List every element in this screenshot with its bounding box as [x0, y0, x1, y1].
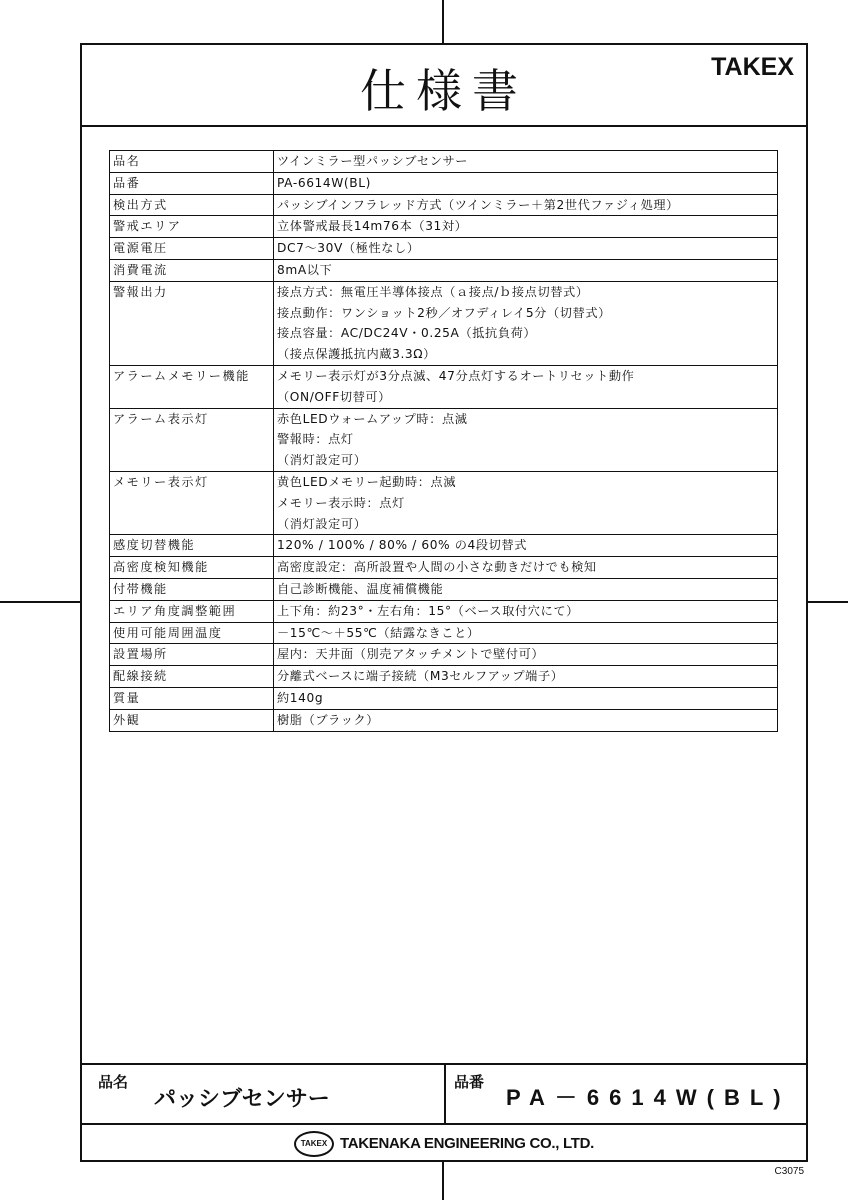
table-row: 使用可能周囲温度－15℃～＋55℃（結露なきこと）: [110, 622, 778, 644]
spec-label: 電源電圧: [110, 238, 274, 260]
spec-value: ツインミラー型パッシブセンサー: [274, 151, 778, 173]
spec-value: メモリー表示灯が3分点滅、47分点灯するオートリセット動作（ON/OFF切替可）: [274, 365, 778, 408]
spec-value: 8mA以下: [274, 259, 778, 281]
table-row: アラーム表示灯赤色LEDウォームアップ時：点滅警報時：点灯（消灯設定可）: [110, 408, 778, 471]
spec-value-line: ツインミラー型パッシブセンサー: [277, 151, 774, 172]
table-row: 付帯機能自己診断機能、温度補償機能: [110, 578, 778, 600]
spec-value-line: 接点方式：無電圧半導体接点（ａ接点/ｂ接点切替式）: [277, 282, 774, 303]
spec-value: 黄色LEDメモリー起動時：点滅メモリー表示時：点灯（消灯設定可）: [274, 471, 778, 534]
spec-value-line: 自己診断機能、温度補償機能: [277, 579, 774, 600]
title-band: 仕様書 TAKEX: [82, 45, 806, 127]
document-frame: 仕様書 TAKEX 品名ツインミラー型パッシブセンサー品番PA-6614W(BL…: [80, 43, 808, 1162]
spec-value: 高密度設定：高所設置や人間の小さな動きだけでも検知: [274, 557, 778, 579]
spec-table: 品名ツインミラー型パッシブセンサー品番PA-6614W(BL)検出方式パッシブイ…: [109, 150, 778, 732]
product-name-label: 品名: [98, 1071, 128, 1092]
spec-value-line: 樹脂（ブラック）: [277, 710, 774, 731]
spec-value-line: メモリー表示灯が3分点滅、47分点灯するオートリセット動作: [277, 366, 774, 387]
spec-label: 感度切替機能: [110, 535, 274, 557]
spec-value: 樹脂（ブラック）: [274, 709, 778, 731]
spec-value-line: （ON/OFF切替可）: [277, 387, 774, 408]
table-row: 警戒エリア立体警戒最長14m76本（31対）: [110, 216, 778, 238]
table-row: 外観樹脂（ブラック）: [110, 709, 778, 731]
table-row: メモリー表示灯黄色LEDメモリー起動時：点滅メモリー表示時：点灯（消灯設定可）: [110, 471, 778, 534]
table-row: 高密度検知機能高密度設定：高所設置や人間の小さな動きだけでも検知: [110, 557, 778, 579]
spec-value-line: DC7～30V（極性なし）: [277, 238, 774, 259]
company-row: TAKEX TAKENAKA ENGINEERING CO., LTD.: [82, 1125, 806, 1162]
table-row: 品名ツインミラー型パッシブセンサー: [110, 151, 778, 173]
crop-mark-top: [442, 0, 444, 43]
spec-value-line: PA-6614W(BL): [277, 173, 774, 194]
crop-mark-left: [0, 601, 80, 603]
spec-value: 接点方式：無電圧半導体接点（ａ接点/ｂ接点切替式）接点動作：ワンショット2秒／オ…: [274, 281, 778, 365]
product-number-label: 品番: [454, 1071, 484, 1092]
spec-value: パッシブインフラレッド方式（ツインミラー＋第2世代ファジィ処理）: [274, 194, 778, 216]
table-row: 設置場所屋内：天井面（別売アタッチメントで壁付可）: [110, 644, 778, 666]
spec-value-line: 警報時：点灯: [277, 429, 774, 450]
spec-value-line: 屋内：天井面（別売アタッチメントで壁付可）: [277, 644, 774, 665]
company-name: TAKENAKA ENGINEERING CO., LTD.: [340, 1135, 594, 1152]
spec-value: 立体警戒最長14m76本（31対）: [274, 216, 778, 238]
brand-logo: TAKEX: [711, 53, 794, 82]
product-number-value: PA－6614W(BL): [506, 1081, 791, 1112]
spec-label: 検出方式: [110, 194, 274, 216]
document-code: C3075: [775, 1166, 804, 1177]
spec-value-line: －15℃～＋55℃（結露なきこと）: [277, 623, 774, 644]
spec-label: メモリー表示灯: [110, 471, 274, 534]
spec-value-line: 黄色LEDメモリー起動時：点滅: [277, 472, 774, 493]
spec-value: 約140g: [274, 687, 778, 709]
spec-value-line: 120% / 100% / 80% / 60% の4段切替式: [277, 535, 774, 556]
spec-value-line: 高密度設定：高所設置や人間の小さな動きだけでも検知: [277, 557, 774, 578]
spec-value: 上下角：約23°・左右角：15°（ベース取付穴にて）: [274, 600, 778, 622]
spec-label: エリア角度調整範囲: [110, 600, 274, 622]
spec-label: 使用可能周囲温度: [110, 622, 274, 644]
spec-label: 質量: [110, 687, 274, 709]
spec-label: 設置場所: [110, 644, 274, 666]
spec-value-line: 上下角：約23°・左右角：15°（ベース取付穴にて）: [277, 601, 774, 622]
spec-label: アラームメモリー機能: [110, 365, 274, 408]
spec-value-line: 8mA以下: [277, 260, 774, 281]
spec-value-line: 分離式ベースに端子接続（M3セルフアップ端子）: [277, 666, 774, 687]
footer-product-row: 品名 パッシブセンサー 品番 PA－6614W(BL): [82, 1065, 806, 1125]
spec-label: 付帯機能: [110, 578, 274, 600]
spec-value: －15℃～＋55℃（結露なきこと）: [274, 622, 778, 644]
spec-value-line: メモリー表示時：点灯: [277, 493, 774, 514]
spec-label: 警戒エリア: [110, 216, 274, 238]
spec-value-line: 接点動作：ワンショット2秒／オフディレイ5分（切替式）: [277, 303, 774, 324]
spec-label: 外観: [110, 709, 274, 731]
table-row: 電源電圧DC7～30V（極性なし）: [110, 238, 778, 260]
spec-value-line: （消灯設定可）: [277, 514, 774, 535]
spec-label: 品名: [110, 151, 274, 173]
crop-mark-bottom: [442, 1160, 444, 1200]
table-row: 質量約140g: [110, 687, 778, 709]
spec-value-line: パッシブインフラレッド方式（ツインミラー＋第2世代ファジィ処理）: [277, 195, 774, 216]
spec-label: 消費電流: [110, 259, 274, 281]
spec-value: 分離式ベースに端子接続（M3セルフアップ端子）: [274, 666, 778, 688]
page-title: 仕様書: [82, 55, 806, 121]
spec-label: 品番: [110, 172, 274, 194]
product-name-value: パッシブセンサー: [154, 1082, 330, 1113]
footer: 品名 パッシブセンサー 品番 PA－6614W(BL) TAKEX TAKENA…: [82, 1063, 806, 1162]
spec-value-line: 立体警戒最長14m76本（31対）: [277, 216, 774, 237]
spec-label: アラーム表示灯: [110, 408, 274, 471]
footer-divider: [444, 1065, 446, 1123]
spec-value: 自己診断機能、温度補償機能: [274, 578, 778, 600]
table-row: エリア角度調整範囲上下角：約23°・左右角：15°（ベース取付穴にて）: [110, 600, 778, 622]
table-row: 品番PA-6614W(BL): [110, 172, 778, 194]
crop-mark-right: [806, 601, 848, 603]
spec-value-line: （接点保護抵抗内蔵3.3Ω）: [277, 344, 774, 365]
spec-value-line: 接点容量：AC/DC24V・0.25A（抵抗負荷）: [277, 323, 774, 344]
table-row: アラームメモリー機能メモリー表示灯が3分点滅、47分点灯するオートリセット動作（…: [110, 365, 778, 408]
spec-value-line: 赤色LEDウォームアップ時：点滅: [277, 409, 774, 430]
spec-value: DC7～30V（極性なし）: [274, 238, 778, 260]
table-row: 検出方式パッシブインフラレッド方式（ツインミラー＋第2世代ファジィ処理）: [110, 194, 778, 216]
table-row: 消費電流8mA以下: [110, 259, 778, 281]
spec-label: 配線接続: [110, 666, 274, 688]
spec-value: 120% / 100% / 80% / 60% の4段切替式: [274, 535, 778, 557]
company-logo-icon: TAKEX: [294, 1131, 334, 1157]
table-row: 感度切替機能120% / 100% / 80% / 60% の4段切替式: [110, 535, 778, 557]
spec-label: 警報出力: [110, 281, 274, 365]
spec-label: 高密度検知機能: [110, 557, 274, 579]
spec-value: 赤色LEDウォームアップ時：点滅警報時：点灯（消灯設定可）: [274, 408, 778, 471]
table-row: 警報出力接点方式：無電圧半導体接点（ａ接点/ｂ接点切替式）接点動作：ワンショット…: [110, 281, 778, 365]
table-row: 配線接続分離式ベースに端子接続（M3セルフアップ端子）: [110, 666, 778, 688]
spec-value-line: （消灯設定可）: [277, 450, 774, 471]
spec-value-line: 約140g: [277, 688, 774, 709]
spec-value: PA-6614W(BL): [274, 172, 778, 194]
spec-value: 屋内：天井面（別売アタッチメントで壁付可）: [274, 644, 778, 666]
